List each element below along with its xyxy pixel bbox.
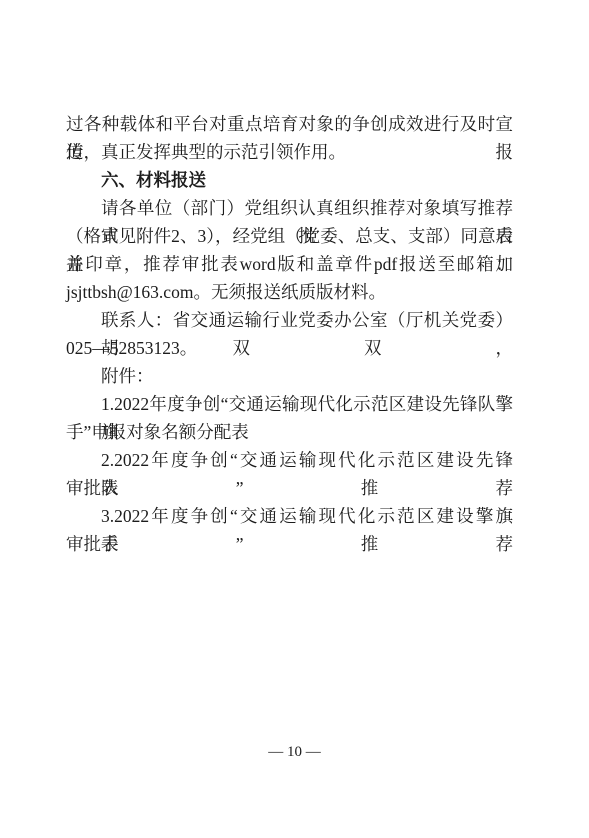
document-line: 请各单位（部门）党组织认真组织推荐对象填写推荐审批表 bbox=[66, 194, 513, 222]
document-line: （格式见附件2、3），经党组（党委、总支、支部）同意后并加 bbox=[66, 222, 513, 250]
document-line: 附件： bbox=[66, 362, 513, 390]
document-line: 1.2022年度争创“交通运输现代化示范区建设先锋队擎旗 bbox=[66, 390, 513, 418]
document-line: 手”申报对象名额分配表 bbox=[66, 418, 513, 446]
document-line: 盖印章，推荐审批表word版和盖章件pdf报送至邮箱： bbox=[66, 250, 513, 278]
document-line: 过各种载体和平台对重点培育对象的争创成效进行及时宣传报 bbox=[66, 110, 513, 138]
document-line: 2.2022年度争创“交通运输现代化示范区建设先锋队”推荐 bbox=[66, 446, 513, 474]
document-page: 过各种载体和平台对重点培育对象的争创成效进行及时宣传报道，真正发挥典型的示范引领… bbox=[0, 0, 589, 838]
document-line: jsjttbsh@163.com。无须报送纸质版材料。 bbox=[66, 278, 513, 306]
page-footer: — 10 — bbox=[0, 738, 589, 766]
document-line: 联系人：省交通运输行业党委办公室（厅机关党委）胡双双， bbox=[66, 306, 513, 334]
page-number: — 10 — bbox=[268, 744, 321, 760]
document-line: 六、材料报送 bbox=[66, 166, 513, 194]
document-line: 3.2022年度争创“交通运输现代化示范区建设擎旗手”推荐 bbox=[66, 502, 513, 530]
text-block: 过各种载体和平台对重点培育对象的争创成效进行及时宣传报道，真正发挥典型的示范引领… bbox=[66, 110, 513, 558]
